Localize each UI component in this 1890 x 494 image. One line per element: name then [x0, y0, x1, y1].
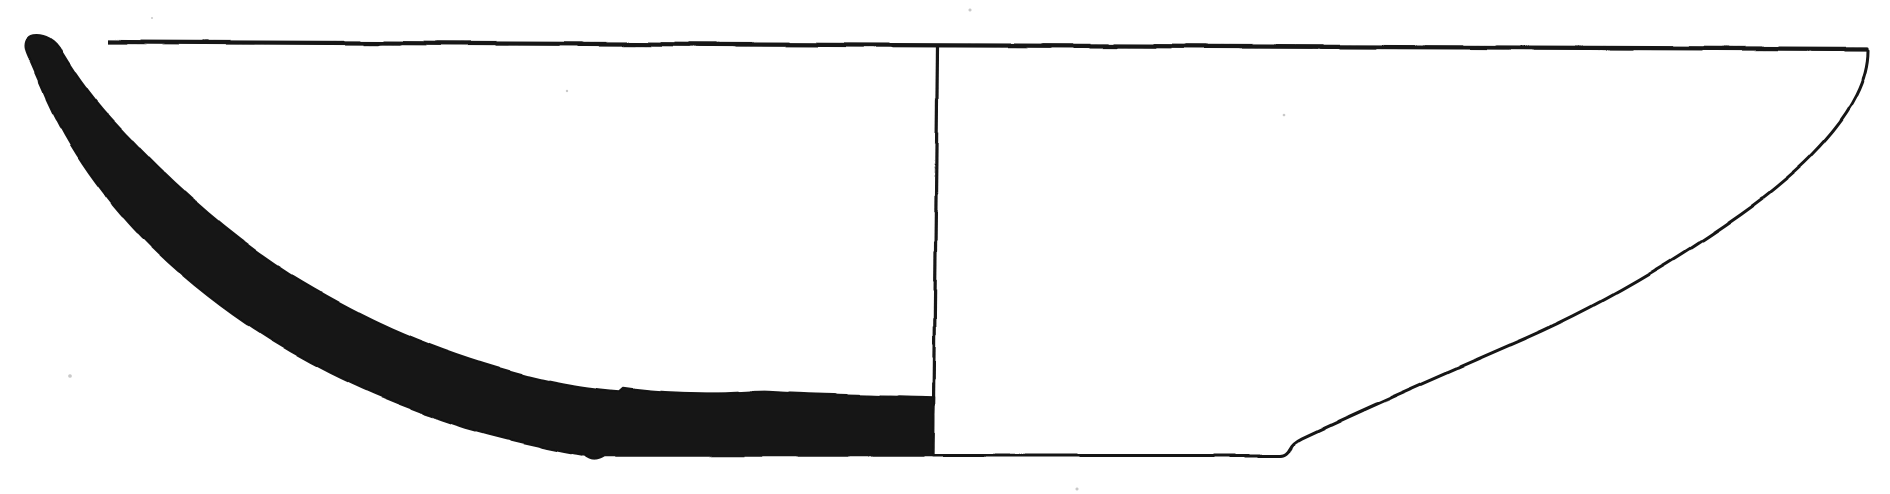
scan-speck	[68, 374, 72, 378]
ink-layer	[25, 35, 1869, 460]
rim-line	[108, 42, 1869, 49]
scanned-figure-page	[0, 0, 1890, 494]
scan-speck	[1283, 114, 1286, 117]
axis-line	[934, 46, 938, 456]
scan-speck	[566, 90, 568, 92]
scan-speck	[1076, 488, 1079, 491]
left-half-section-fill	[25, 35, 935, 460]
scan-speck	[969, 9, 972, 12]
vessel-profile-figure	[0, 0, 1890, 494]
scan-speck	[151, 17, 153, 19]
right-half-outline	[934, 51, 1869, 456]
